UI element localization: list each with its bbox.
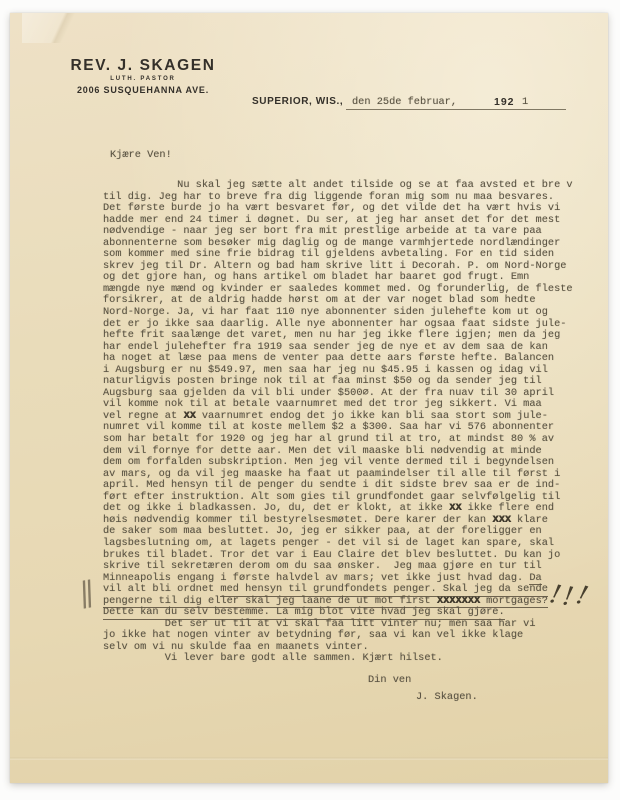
text-segment: hefte frit saalænge det varet, men nu ha… — [103, 329, 560, 341]
salutation: Kjære Ven! — [110, 150, 172, 162]
letter-body: Nu skal jeg sætte alt andet tilside og s… — [103, 180, 595, 665]
dateline-place: SUPERIOR, WIS., — [252, 96, 343, 107]
signature: J. Skagen. — [416, 692, 478, 704]
closing-valediction: Din ven — [368, 675, 411, 687]
text-segment: ikke flere end — [461, 502, 554, 514]
text-segment: og det gjore han, og hans artikel om bla… — [103, 271, 529, 283]
letter-line: Vi lever bare godt alle sammen. Kjært hi… — [103, 653, 595, 665]
text-segment: abonnenterne som besøker mig daglig og d… — [103, 237, 560, 249]
handwritten-margin-mark-icon: ∥ — [79, 577, 94, 615]
text-segment: de saker som maa besluttet. Jo, jeg er s… — [103, 525, 542, 537]
text-segment: Det ser ut til at vi skal faa litt vinte… — [103, 618, 536, 630]
text-segment: Vi lever bare godt alle sammen. Kjært hi… — [103, 652, 443, 664]
text-segment: som kommer med sine frie bidrag til gjel… — [103, 248, 554, 260]
text-segment: i Augsburg er nu $549.97, men saa har je… — [103, 364, 548, 376]
text-segment: Nu skal jeg sætte alt andet tilside og s… — [103, 179, 573, 191]
text-segment: Det første burde jo ha vært besvaret før… — [103, 202, 560, 214]
dateline-year-printed: 192 — [494, 96, 515, 108]
dateline-date: den 25de februar, — [352, 97, 457, 109]
text-segment: numret vil komme til at koste mellem $2 … — [103, 421, 554, 433]
text-segment: ført efter instruktion. Alt som gies til… — [103, 491, 560, 503]
text-segment: lagsbeslutning om, at lagets penger - de… — [103, 537, 554, 549]
text-segment: XX — [449, 502, 461, 514]
text-segment: brukes til bladet. Tror det var i Eau Cl… — [103, 549, 560, 561]
text-segment: hadde mer end 24 timer i døgnet. Du ser,… — [103, 214, 560, 226]
dateline-rule — [346, 109, 566, 110]
text-segment: har endel julehefter fra 1919 saa sender… — [103, 341, 548, 353]
letterhead: REV. J. SKAGEN LUTH. PASTOR 2006 SUSQUEH… — [38, 57, 248, 95]
text-segment: Nord-Norge. Ja, vi har faat 110 nye abon… — [103, 306, 548, 318]
text-segment: naturligvis posten bringe nok til at faa… — [103, 375, 542, 387]
sender-name: REV. J. SKAGEN — [38, 57, 248, 75]
text-segment: dem vil fornye for dette aar. Men det vi… — [103, 445, 542, 457]
text-segment: nødvendige - naar jeg ser bort fra mit p… — [103, 225, 542, 237]
text-segment: skrive til sekretæren derom om du saa øn… — [103, 560, 542, 572]
sender-address: 2006 SUSQUEHANNA AVE. — [38, 85, 248, 95]
text-segment: som har betalt for 1920 og jeg har al gr… — [103, 433, 554, 445]
text-segment: ha noget at læse paa mens de venter paa … — [103, 352, 554, 364]
text-segment: forsikrer, at de aldrig hadde hørst om a… — [103, 294, 536, 306]
scanned-letter: REV. J. SKAGEN LUTH. PASTOR 2006 SUSQUEH… — [0, 0, 620, 800]
paper-crease — [10, 757, 608, 760]
text-segment: til dig. Jeg har to breve fra dig liggen… — [103, 191, 554, 203]
text-segment: Minneapolis engang i første halvdel av m… — [103, 572, 529, 584]
dateline-year-typed: 1 — [522, 97, 528, 109]
sender-title: LUTH. PASTOR — [38, 76, 248, 82]
text-segment: vil komme nok til at betale vaarnumret m… — [103, 398, 542, 410]
letter-line: vil alt bli ordnet med hensyn til grundf… — [103, 584, 595, 596]
text-segment: vil alt bli ordnet — [103, 583, 220, 595]
handwritten-exclamation-marks-icon: !!! — [550, 580, 610, 610]
letter-paper: REV. J. SKAGEN LUTH. PASTOR 2006 SUSQUEH… — [10, 13, 608, 783]
text-segment: det er jo ikke saa daarlig. Alle nye abo… — [103, 318, 566, 330]
text-segment: det og ikke i bladkassen. Jo, du, det er… — [103, 502, 449, 514]
text-segment: dem om forfalden subskription. Men jeg v… — [103, 456, 554, 468]
corner-fold — [22, 13, 100, 43]
text-segment: april. Med hensyn til de penger du sendt… — [103, 479, 560, 491]
text-segment: av mars, og da vil jeg maaske ha faat ut… — [103, 468, 560, 480]
text-segment: jo ikke hat nogen vinter av betydning fø… — [103, 629, 523, 641]
exclamation-mark-icon: ! — [573, 580, 591, 612]
